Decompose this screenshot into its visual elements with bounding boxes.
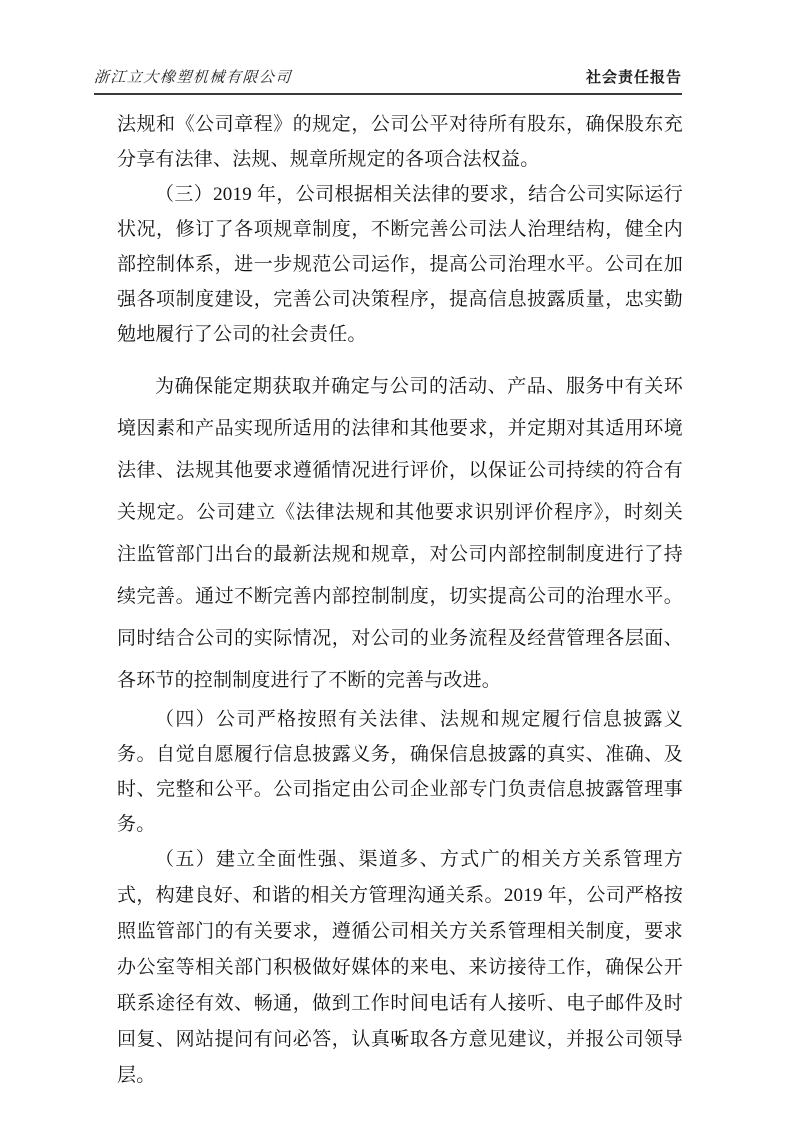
report-page: 浙江立大橡塑机械有限公司 社会责任报告 法规和《公司章程》的规定，公司公平对待所… bbox=[0, 0, 800, 1131]
paragraph-environment-legal-compliance: 为确保能定期获取并确定与公司的活动、产品、服务中有关环境因素和产品实现所适用的法… bbox=[117, 366, 683, 702]
paragraph-continued-shareholder-rights: 法规和《公司章程》的规定，公司公平对待所有股东，确保股东充分享有法律、法规、规章… bbox=[117, 107, 683, 177]
page-header: 浙江立大橡塑机械有限公司 社会责任报告 bbox=[94, 66, 682, 95]
header-company-name: 浙江立大橡塑机械有限公司 bbox=[93, 66, 292, 87]
paragraph-item-four-information-disclosure: （四）公司严格按照有关法律、法规和规定履行信息披露义务。自觉自愿履行信息披露义务… bbox=[117, 702, 683, 842]
page-number: 8 bbox=[396, 1033, 404, 1049]
paragraph-item-three-governance: （三）2019 年，公司根据相关法律的要求，结合公司实际运行状况，修订了各项规章… bbox=[117, 177, 683, 352]
page-footer: 8 bbox=[0, 1033, 800, 1050]
document-body: 法规和《公司章程》的规定，公司公平对待所有股东，确保股东充分享有法律、法规、规章… bbox=[117, 107, 683, 1094]
header-report-title: 社会责任报告 bbox=[586, 66, 682, 87]
paragraph-item-five-stakeholder-relations: （五）建立全面性强、渠道多、方式广的相关方关系管理方式，构建良好、和谐的相关方管… bbox=[117, 842, 683, 1094]
